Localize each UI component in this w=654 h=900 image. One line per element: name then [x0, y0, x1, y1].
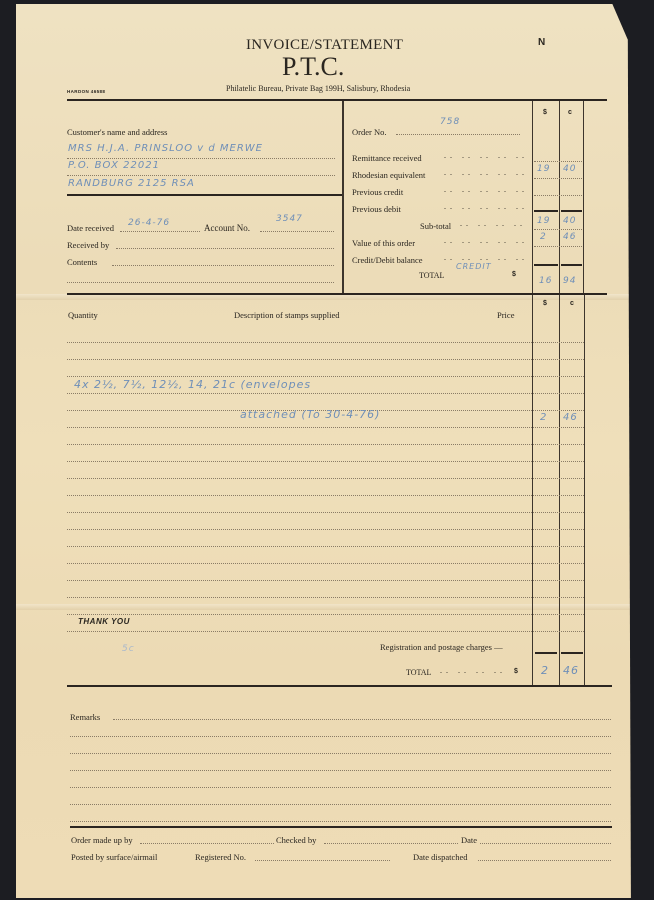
money-column-edge — [583, 101, 584, 294]
leader-dots: .. .. .. .. .. — [444, 202, 528, 211]
value-of-order-dollars: 2 — [540, 232, 547, 242]
rhodesian-equivalent-dollars: 19 — [537, 164, 550, 174]
invoice-paper — [16, 4, 634, 898]
received-by-field[interactable] — [116, 248, 334, 249]
remarks-line[interactable] — [70, 804, 611, 805]
order-total-label: TOTAL — [419, 271, 444, 280]
registration-rule — [561, 652, 583, 654]
item-row-line[interactable] — [67, 631, 584, 632]
remarks-line[interactable] — [70, 770, 611, 771]
total-rule — [534, 264, 558, 266]
remarks-line[interactable] — [70, 753, 611, 754]
rhodesian-equivalent-amount[interactable] — [534, 178, 582, 179]
subtotal-label: Sub-total — [420, 221, 451, 231]
items-total-dollars: 2 — [541, 664, 549, 677]
date-label: Date — [461, 835, 477, 845]
date-dispatched-label: Date dispatched — [413, 852, 468, 862]
contents-label: Contents — [67, 257, 97, 267]
item-line-2-cents: 46 — [563, 412, 578, 423]
items-dollar-column-line — [532, 295, 533, 685]
account-no-field[interactable] — [260, 231, 334, 232]
date-received-label: Date received — [67, 223, 114, 233]
customer-address-line: P.O. BOX 22021 — [68, 160, 160, 171]
footer-rule — [70, 826, 612, 828]
subtotal-dollars: 19 — [537, 216, 550, 226]
top-rule — [67, 99, 607, 101]
remarks-line[interactable] — [70, 787, 611, 788]
subtotal-cents: 40 — [563, 216, 576, 226]
item-row-line[interactable] — [67, 495, 584, 496]
date-received-field[interactable] — [120, 231, 200, 232]
registered-no-field[interactable] — [255, 860, 390, 861]
thank-you-note: THANK YOU — [78, 617, 130, 626]
fold-crease — [16, 604, 634, 610]
item-row-line[interactable] — [67, 376, 584, 377]
customer-address-line: RANDBURG 2125 RSA — [68, 178, 195, 189]
subtotal-rule — [534, 210, 558, 212]
item-row-line[interactable] — [67, 563, 584, 564]
cent-column-line — [559, 101, 560, 294]
date-dispatched-field[interactable] — [478, 860, 611, 861]
order-total-dollars: 16 — [539, 276, 552, 286]
customer-rule — [67, 194, 342, 196]
item-line-2-dollars: 2 — [540, 412, 547, 423]
subtotal-rule — [561, 210, 582, 212]
items-total-label: TOTAL — [406, 668, 431, 677]
dollar-header: $ — [543, 109, 547, 116]
remarks-line[interactable] — [113, 719, 611, 720]
order-no-field[interactable] — [396, 134, 520, 135]
registration-label: Registration and postage charges — — [380, 642, 503, 652]
item-line-2: attached (To 30-4-76) — [240, 408, 380, 421]
margin-note: 5c — [122, 644, 135, 654]
items-dollar-header: $ — [543, 300, 547, 307]
posted-by-label: Posted by surface/airmail — [71, 852, 157, 862]
org-name: P.T.C. — [282, 52, 344, 82]
checked-by-field[interactable] — [324, 843, 458, 844]
printer-code: HARDON 46588 — [67, 89, 105, 94]
total-rule — [561, 264, 582, 266]
previous-credit-label: Previous credit — [352, 187, 403, 197]
date-received-value: 26-4-76 — [128, 218, 170, 228]
item-row-line[interactable] — [67, 512, 584, 513]
items-cent-header: c — [570, 300, 574, 307]
value-of-order-amount[interactable] — [534, 246, 582, 247]
order-no-value: 758 — [440, 117, 460, 127]
quantity-header: Quantity — [68, 310, 98, 320]
checked-by-label: Checked by — [276, 835, 316, 845]
item-row-line[interactable] — [67, 597, 584, 598]
order-total-cents: 94 — [563, 276, 576, 286]
item-row-line[interactable] — [67, 359, 584, 360]
customer-label: Customer's name and address — [67, 127, 167, 137]
description-header: Description of stamps supplied — [234, 310, 340, 320]
items-column-edge — [584, 295, 585, 685]
leader-dots: .. .. .. .. — [460, 219, 526, 228]
org-address: Philatelic Bureau, Private Bag 199H, Sal… — [226, 84, 410, 93]
item-row-line[interactable] — [67, 393, 584, 394]
registered-no-label: Registered No. — [195, 852, 246, 862]
registration-rule — [535, 652, 557, 654]
item-row-line[interactable] — [67, 444, 584, 445]
remittance-amount[interactable] — [534, 161, 582, 162]
previous-credit-amount[interactable] — [534, 195, 582, 196]
previous-debit-label: Previous debit — [352, 204, 401, 214]
account-no-value: 3547 — [276, 214, 303, 224]
items-top-rule — [67, 293, 607, 295]
leader-dots: .. .. .. .. .. — [444, 236, 528, 245]
value-of-order-cents: 46 — [563, 232, 576, 242]
items-cent-column-line — [559, 295, 560, 685]
customer-name: MRS H.J.A. PRINSLOO v d MERWE — [68, 143, 263, 154]
total-credit-note: CREDIT — [456, 262, 492, 271]
date-field[interactable] — [480, 843, 611, 844]
leader-dots: .. .. .. .. — [440, 666, 506, 675]
price-header: Price — [497, 310, 514, 320]
items-total-currency: $ — [514, 668, 518, 675]
remarks-line[interactable] — [70, 821, 611, 822]
received-by-label: Received by — [67, 240, 109, 250]
item-row-line[interactable] — [67, 546, 584, 547]
remarks-line[interactable] — [70, 736, 611, 737]
item-row-line[interactable] — [67, 614, 584, 615]
rhodesian-equivalent-cents: 40 — [563, 164, 576, 174]
order-no-label: Order No. — [352, 127, 386, 137]
cent-header: c — [568, 109, 572, 116]
rhodesian-equivalent-label: Rhodesian equivalent — [352, 170, 425, 180]
credit-debit-balance-label: Credit/Debit balance — [352, 255, 423, 265]
items-total-cents: 46 — [563, 664, 579, 677]
total-currency: $ — [512, 271, 516, 278]
value-of-order-label: Value of this order — [352, 238, 415, 248]
address-line[interactable] — [67, 175, 335, 176]
item-row-line[interactable] — [67, 427, 584, 428]
order-made-up-by-field[interactable] — [140, 843, 274, 844]
leader-dots: .. .. .. .. .. — [444, 253, 528, 262]
subtotal-amount[interactable] — [534, 229, 582, 230]
dollar-column-line — [532, 101, 533, 294]
address-line[interactable] — [67, 158, 335, 159]
leader-dots: .. .. .. .. .. — [444, 151, 528, 160]
account-no-label: Account No. — [204, 223, 250, 233]
contents-field-extra[interactable] — [67, 282, 334, 283]
section-divider — [342, 101, 344, 294]
items-bottom-rule — [67, 685, 612, 687]
item-row-line[interactable] — [67, 342, 584, 343]
series-letter: N — [538, 37, 545, 48]
item-row-line[interactable] — [67, 461, 584, 462]
item-line-1: 4x 2½, 7½, 12½, 14, 21c (envelopes — [74, 378, 311, 391]
leader-dots: .. .. .. .. .. — [444, 185, 528, 194]
item-row-line[interactable] — [67, 529, 584, 530]
remarks-label: Remarks — [70, 712, 100, 722]
leader-dots: .. .. .. .. .. — [444, 168, 528, 177]
contents-field[interactable] — [112, 265, 334, 266]
remittance-label: Remittance received — [352, 153, 422, 163]
item-row-line[interactable] — [67, 580, 584, 581]
item-row-line[interactable] — [67, 478, 584, 479]
order-made-up-by-label: Order made up by — [71, 835, 133, 845]
